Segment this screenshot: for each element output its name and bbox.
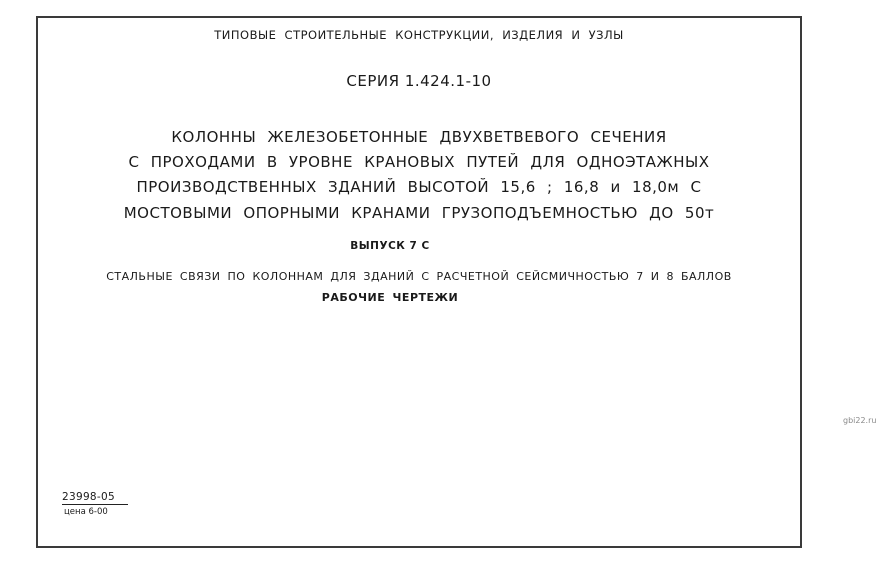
catalog-stamp: 23998-05 цена 6-00 bbox=[62, 491, 128, 517]
title-line-2: С ПРОХОДАМИ В УРОВНЕ КРАНОВЫХ ПУТЕЙ ДЛЯ … bbox=[36, 153, 802, 171]
issue-subject: СТАЛЬНЫЕ СВЯЗИ ПО КОЛОННАМ ДЛЯ ЗДАНИЙ С … bbox=[48, 270, 790, 283]
price-label: цена 6-00 bbox=[62, 505, 128, 517]
issue-number: ВЫПУСК 7 С bbox=[36, 240, 744, 252]
source-watermark: gbi22.ru bbox=[843, 416, 876, 425]
title-line-4: МОСТОВЫМИ ОПОРНЫМИ КРАНАМИ ГРУЗОПОДЪЕМНО… bbox=[36, 204, 802, 222]
series-number: СЕРИЯ 1.424.1-10 bbox=[36, 72, 802, 90]
title-line-1: КОЛОННЫ ЖЕЛЕЗОБЕТОННЫЕ ДВУХВЕТВЕВОГО СЕЧ… bbox=[36, 128, 802, 146]
catalog-code: 23998-05 bbox=[62, 491, 128, 505]
drawing-type: РАБОЧИЕ ЧЕРТЕЖИ bbox=[36, 291, 744, 304]
organization-heading: ТИПОВЫЕ СТРОИТЕЛЬНЫЕ КОНСТРУКЦИИ, ИЗДЕЛИ… bbox=[36, 28, 802, 42]
title-line-3: ПРОИЗВОДСТВЕННЫХ ЗДАНИЙ ВЫСОТОЙ 15,6 ; 1… bbox=[36, 178, 802, 196]
